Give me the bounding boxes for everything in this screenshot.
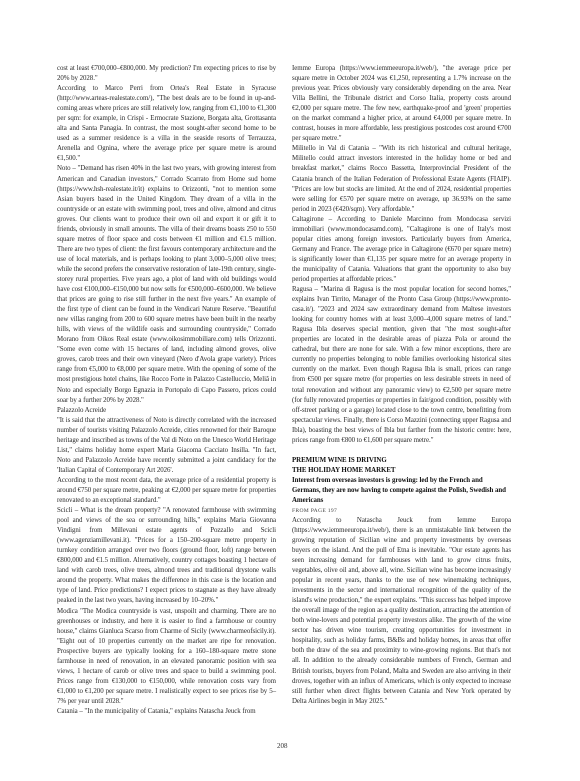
right-column: Iemme Europa (https://www.iemmeeuropa.it…: [292, 64, 511, 707]
section-heading-line2: THE HOLIDAY HOME MARKET: [292, 467, 395, 474]
body-paragraph-catania: Catania – "In the municipality of Catani…: [57, 707, 276, 717]
body-paragraph-scicli: Scicli – What is the dream property? "A …: [57, 506, 276, 606]
section-standfirst: Interest from overseas investors is grow…: [292, 476, 511, 506]
body-paragraph-noto: Noto – "Demand has risen 40% in the last…: [57, 164, 276, 405]
body-paragraph-catania-cont: Iemme Europa (https://www.iemmeeuropa.it…: [292, 64, 511, 144]
body-paragraph-syracuse: According to Marco Perri from Ortea's Re…: [57, 84, 276, 164]
subhead-palazzolo-acreide: Palazzolo Acreide: [57, 406, 276, 416]
left-column: cost at least €700,000–€800,000. My pred…: [57, 64, 276, 717]
from-page-label: FROM PAGE 197: [292, 506, 511, 516]
body-paragraph-palazzolo: "It is said that the attractiveness of N…: [57, 416, 276, 476]
section-heading-line1: PREMIUM WINE IS DRIVING: [292, 457, 387, 464]
body-paragraph-caltagirone: Caltagirone – According to Daniele Marci…: [292, 215, 511, 285]
section-heading: PREMIUM WINE IS DRIVING THE HOLIDAY HOME…: [292, 456, 511, 476]
page-number: 208: [277, 742, 288, 750]
magazine-page: cost at least €700,000–€800,000. My pred…: [0, 0, 580, 781]
body-paragraph-militello: Militello in Val di Catania – "With its …: [292, 144, 511, 214]
body-paragraph-modica: Modica "The Modica countryside is vast, …: [57, 607, 276, 707]
body-paragraph-palazzolo-prices: According to the most recent data, the a…: [57, 476, 276, 506]
section-body: According to Natascha Jeuck from Iemme E…: [292, 516, 511, 707]
body-paragraph: cost at least €700,000–€800,000. My pred…: [57, 64, 276, 84]
body-paragraph-ragusa: Ragusa – "Marina di Ragusa is the most p…: [292, 285, 511, 446]
